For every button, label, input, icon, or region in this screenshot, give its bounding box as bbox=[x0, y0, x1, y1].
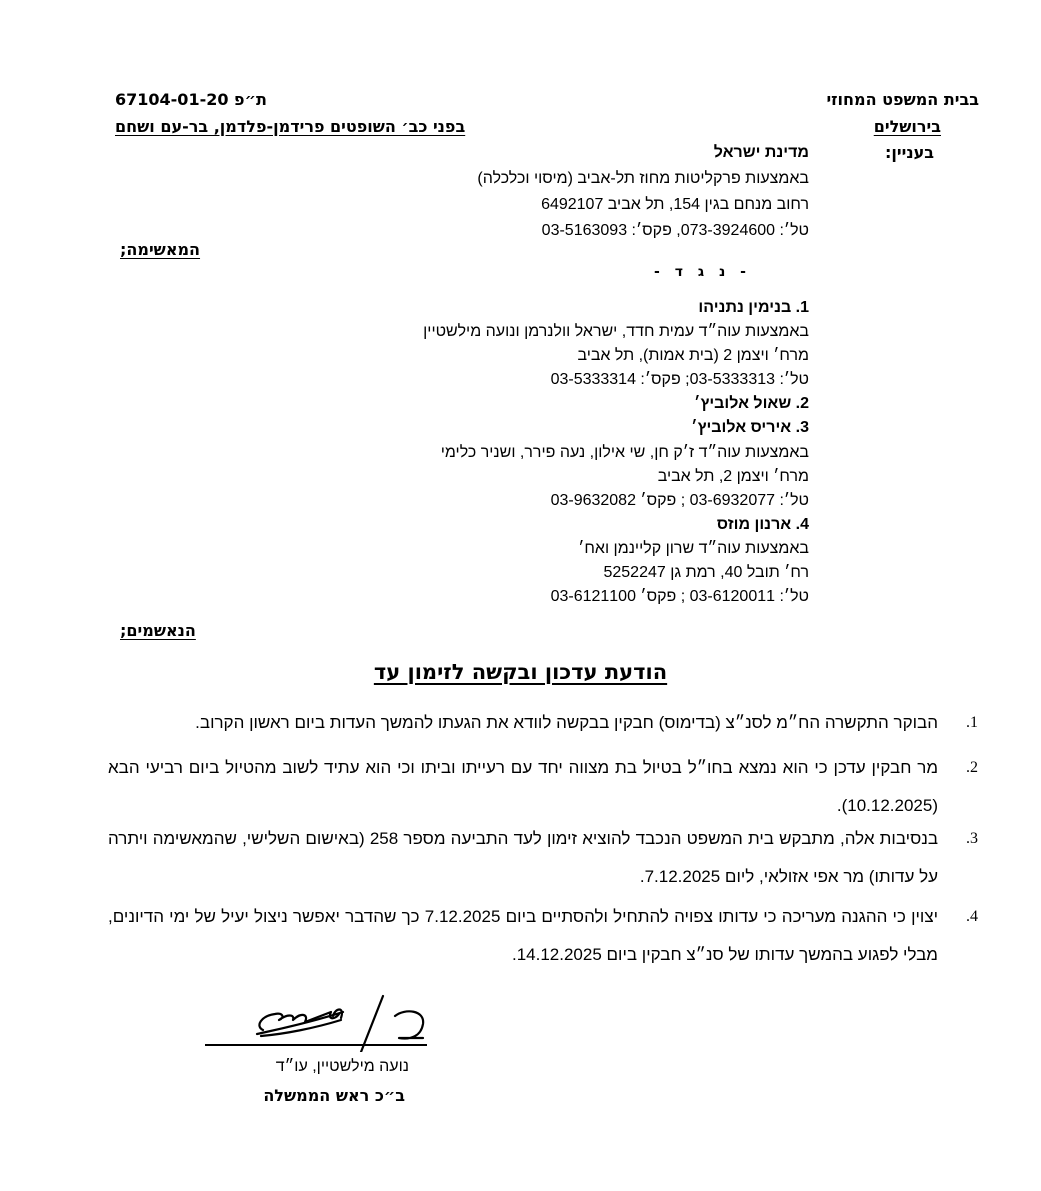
accused-4-representation: באמצעות עוה״ד שרון קליינמן ואח׳ bbox=[423, 537, 809, 561]
accused-3-address: מרח׳ ויצמן 2, תל אביב bbox=[423, 465, 809, 489]
case-number: ת״פ 67104-01-20 bbox=[115, 90, 267, 109]
signature-line bbox=[205, 1044, 427, 1046]
accused-3-phones: טל׳: 03-6932077 ; פקס׳ 03-9632082 bbox=[423, 489, 809, 513]
signer-role: ב״כ ראש הממשלה bbox=[263, 1086, 405, 1105]
prosecution-phones: טל׳: 073-3924600, פקס׳: 03-5163093 bbox=[477, 218, 809, 244]
prosecution-representation: באמצעות פרקליטות מחוז תל-אביב (מיסוי וכל… bbox=[477, 166, 809, 192]
versus-label: - נ ג ד - bbox=[654, 264, 751, 280]
accused-4-name: 4. ארנון מוזס bbox=[423, 513, 809, 537]
accused-role-label: הנאשמים; bbox=[120, 621, 196, 640]
signature-block: נועה מילשטיין, עו״ד ב״כ ראש הממשלה bbox=[205, 990, 435, 1120]
paragraph-number: 2. bbox=[966, 749, 996, 787]
paragraph-2: 2. מר חבקין עדכן כי הוא נמצא בחו״ל בטיול… bbox=[108, 749, 938, 825]
accused-1-phones: טל׳: 03-5333313; פקס׳: 03-5333314 bbox=[423, 368, 809, 392]
court-city: בירושלים bbox=[874, 117, 941, 136]
judges-panel: בפני כב׳ השופטים פרידמן-פלדמן, בר-עם ושח… bbox=[115, 117, 465, 136]
prosecution-name: מדינת ישראל bbox=[477, 140, 809, 166]
paragraph-number: 3. bbox=[966, 820, 996, 858]
document-title: הודעת עדכון ובקשה לזימון עד bbox=[0, 660, 1041, 684]
paragraph-number: 4. bbox=[966, 898, 996, 936]
accused-role-text: הנאשמים; bbox=[120, 621, 196, 640]
accused-1-representation: באמצעות עוה״ד עמית חדד, ישראל וולנרמן ונ… bbox=[423, 320, 809, 344]
paragraph-text: יצוין כי ההגנה מעריכה כי עדותו צפויה להת… bbox=[108, 907, 938, 964]
paragraph-text: הבוקר התקשרה הח״מ לסנ״צ (בדימוס) חבקין ב… bbox=[195, 713, 938, 732]
paragraph-number: 1. bbox=[966, 704, 996, 742]
accused-3-representation: באמצעות עוה״ד ז׳ק חן, שי אילון, נעה פירר… bbox=[423, 441, 809, 465]
accused-4-phones: טל׳: 03-6120011 ; פקס׳ 03-6121100 bbox=[423, 585, 809, 609]
accused-1-name: 1. בנימין נתניהו bbox=[423, 296, 809, 320]
paragraph-4: 4. יצוין כי ההגנה מעריכה כי עדותו צפויה … bbox=[108, 898, 938, 974]
prosecution-role-text: המאשימה; bbox=[120, 240, 200, 259]
paragraph-1: 1. הבוקר התקשרה הח״מ לסנ״צ (בדימוס) חבקי… bbox=[108, 704, 938, 742]
accused-block: 1. בנימין נתניהו באמצעות עוה״ד עמית חדד,… bbox=[423, 296, 809, 609]
accused-1-address: מרח׳ ויצמן 2 (בית אמות), תל אביב bbox=[423, 344, 809, 368]
paragraph-text: בנסיבות אלה, מתבקש בית המשפט הנכבד להוצי… bbox=[108, 829, 938, 886]
in-matter-label: בעניין: bbox=[885, 143, 934, 162]
accused-2-name: 2. שאול אלוביץ׳ bbox=[423, 392, 809, 416]
accused-4-address: רח׳ תובל 40, רמת גן 5252247 bbox=[423, 561, 809, 585]
signer-name: נועה מילשטיין, עו״ד bbox=[276, 1058, 409, 1076]
prosecution-address: רחוב מנחם בגין 154, תל אביב 6492107 bbox=[477, 192, 809, 218]
accused-3-name: 3. איריס אלוביץ׳ bbox=[423, 416, 809, 440]
handwritten-signature-icon bbox=[235, 990, 435, 1052]
paragraph-text: מר חבקין עדכן כי הוא נמצא בחו״ל בטיול בת… bbox=[108, 758, 938, 815]
court-name: בבית המשפט המחוזי bbox=[826, 90, 979, 109]
prosecution-role-label: המאשימה; bbox=[120, 240, 200, 259]
prosecution-block: מדינת ישראל באמצעות פרקליטות מחוז תל-אבי… bbox=[477, 140, 809, 244]
paragraph-3: 3. בנסיבות אלה, מתבקש בית המשפט הנכבד לה… bbox=[108, 820, 938, 896]
